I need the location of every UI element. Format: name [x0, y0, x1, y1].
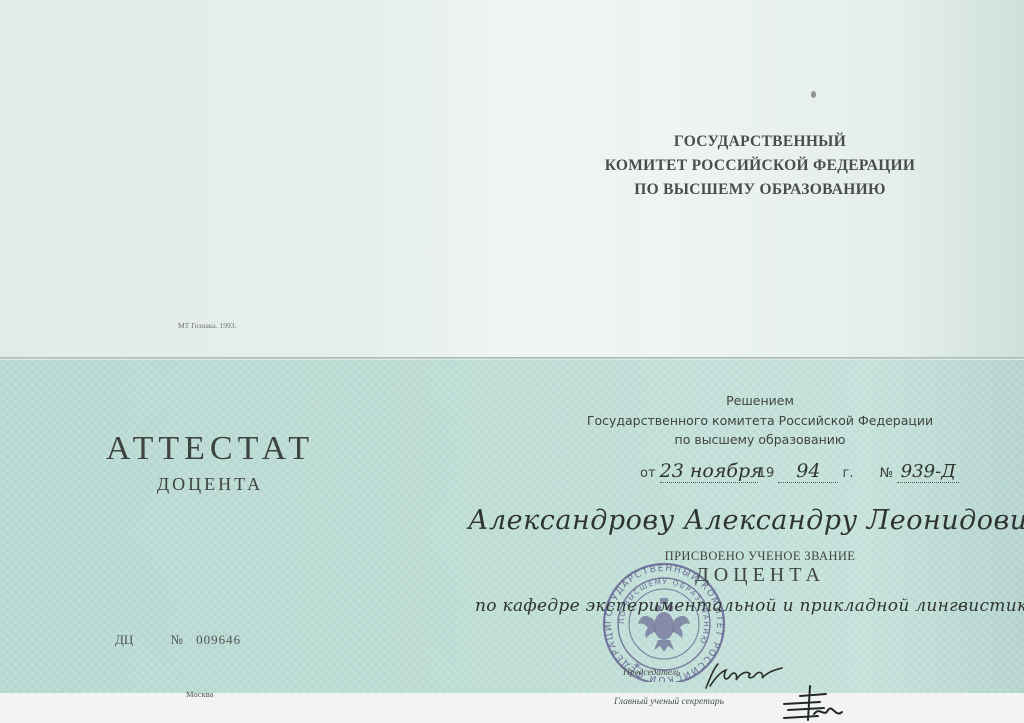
decision-line-2: Государственного комитета Российской Фед…: [560, 411, 960, 431]
series-code: ДЦ: [115, 632, 133, 648]
printer-mark: МТ Гознака. 1993.: [178, 321, 236, 330]
chairman-label: Председатель: [623, 668, 680, 678]
decision-block: Решением Государственного комитета Росси…: [560, 391, 960, 450]
issuer-line-2: КОМИТЕТ РОССИЙСКОЙ ФЕДЕРАЦИИ: [560, 154, 960, 178]
certificate-number: 009646: [196, 632, 241, 648]
issuer-line-3: ПО ВЫСШЕМУ ОБРАЗОВАНИЮ: [560, 178, 960, 202]
date-year: 94: [778, 460, 838, 483]
city: Москва: [186, 689, 213, 699]
department: по кафедре экспериментальной и прикладно…: [475, 596, 1024, 616]
issuer-header: ГОСУДАРСТВЕННЫЙ КОМИТЕТ РОССИЙСКОЙ ФЕДЕР…: [560, 130, 960, 202]
decision-line-1: Решением: [560, 391, 960, 411]
certificate-title: АТТЕСТАТ: [60, 430, 360, 468]
academic-rank: ДОЦЕНТА: [560, 564, 960, 587]
ink-spot: [811, 91, 816, 98]
scan-margin: [0, 693, 1024, 723]
secretary-signature: [780, 684, 850, 722]
chairman-signature: [700, 660, 790, 694]
issuer-line-1: ГОСУДАРСТВЕННЫЙ: [560, 130, 960, 154]
secretary-label: Главный ученый секретарь: [614, 697, 724, 707]
recipient-name: Александрову Александру Леонидовичу: [468, 505, 1024, 536]
date-day-month: 23 ноября: [660, 460, 758, 483]
certificate-subtitle: ДОЦЕНТА: [60, 474, 360, 495]
decision-number-sign: №: [880, 466, 894, 481]
year-suffix: г.: [843, 466, 854, 481]
decision-date-line: от 23 ноября19 94 г. № 939-Д: [640, 460, 940, 483]
serial-number: ДЦ № 009646: [115, 632, 241, 648]
decision-number: 939-Д: [897, 461, 959, 483]
decision-line-3: по высшему образованию: [560, 430, 960, 450]
date-century: 19: [758, 466, 775, 481]
number-sign: №: [171, 632, 183, 648]
date-prefix: от: [640, 466, 656, 481]
